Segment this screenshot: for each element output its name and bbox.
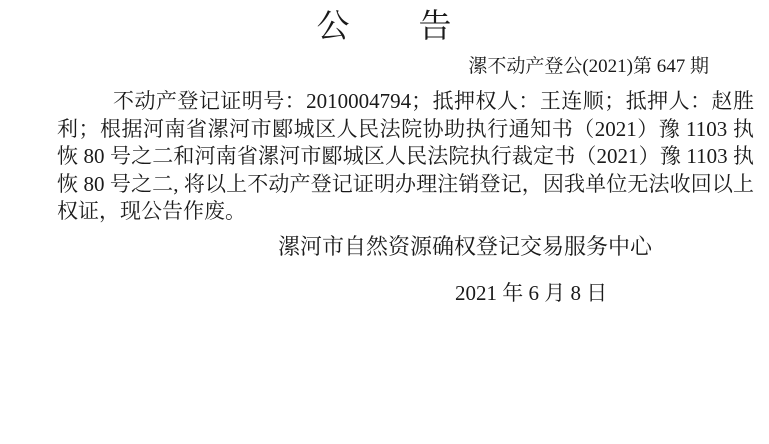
issue-number: 漯不动产登公(2021)第 647 期	[0, 55, 769, 79]
page-title: 公 告	[0, 0, 769, 46]
notice-date: 2021 年 6 月 8 日	[455, 280, 769, 306]
notice-page: 公 告 漯不动产登公(2021)第 647 期 不动产登记证明号：2010004…	[0, 0, 769, 444]
notice-body: 不动产登记证明号：2010004794；抵押权人：王连顺；抵押人：赵胜利；根据河…	[57, 88, 754, 226]
issuer-signature: 漯河市自然资源确权登记交易服务中心	[278, 233, 769, 261]
